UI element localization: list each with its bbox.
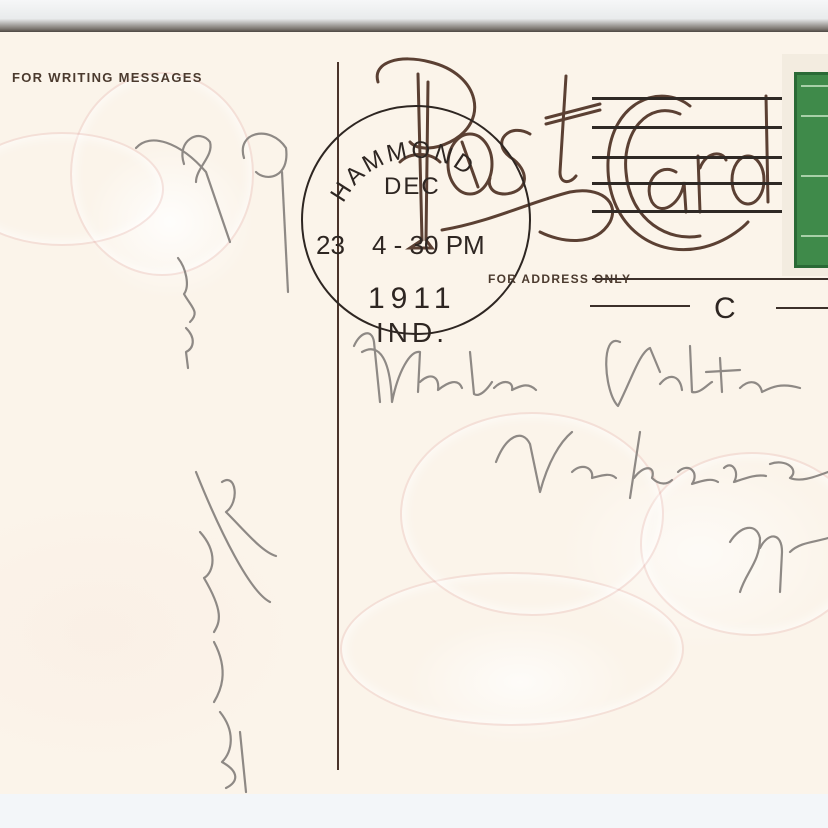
postcard-back: FOR WRITING MESSAGES (0, 32, 828, 795)
scan-bottom-edge (0, 794, 828, 828)
scan-top-edge (0, 0, 828, 34)
pencil-handwriting (0, 32, 828, 794)
